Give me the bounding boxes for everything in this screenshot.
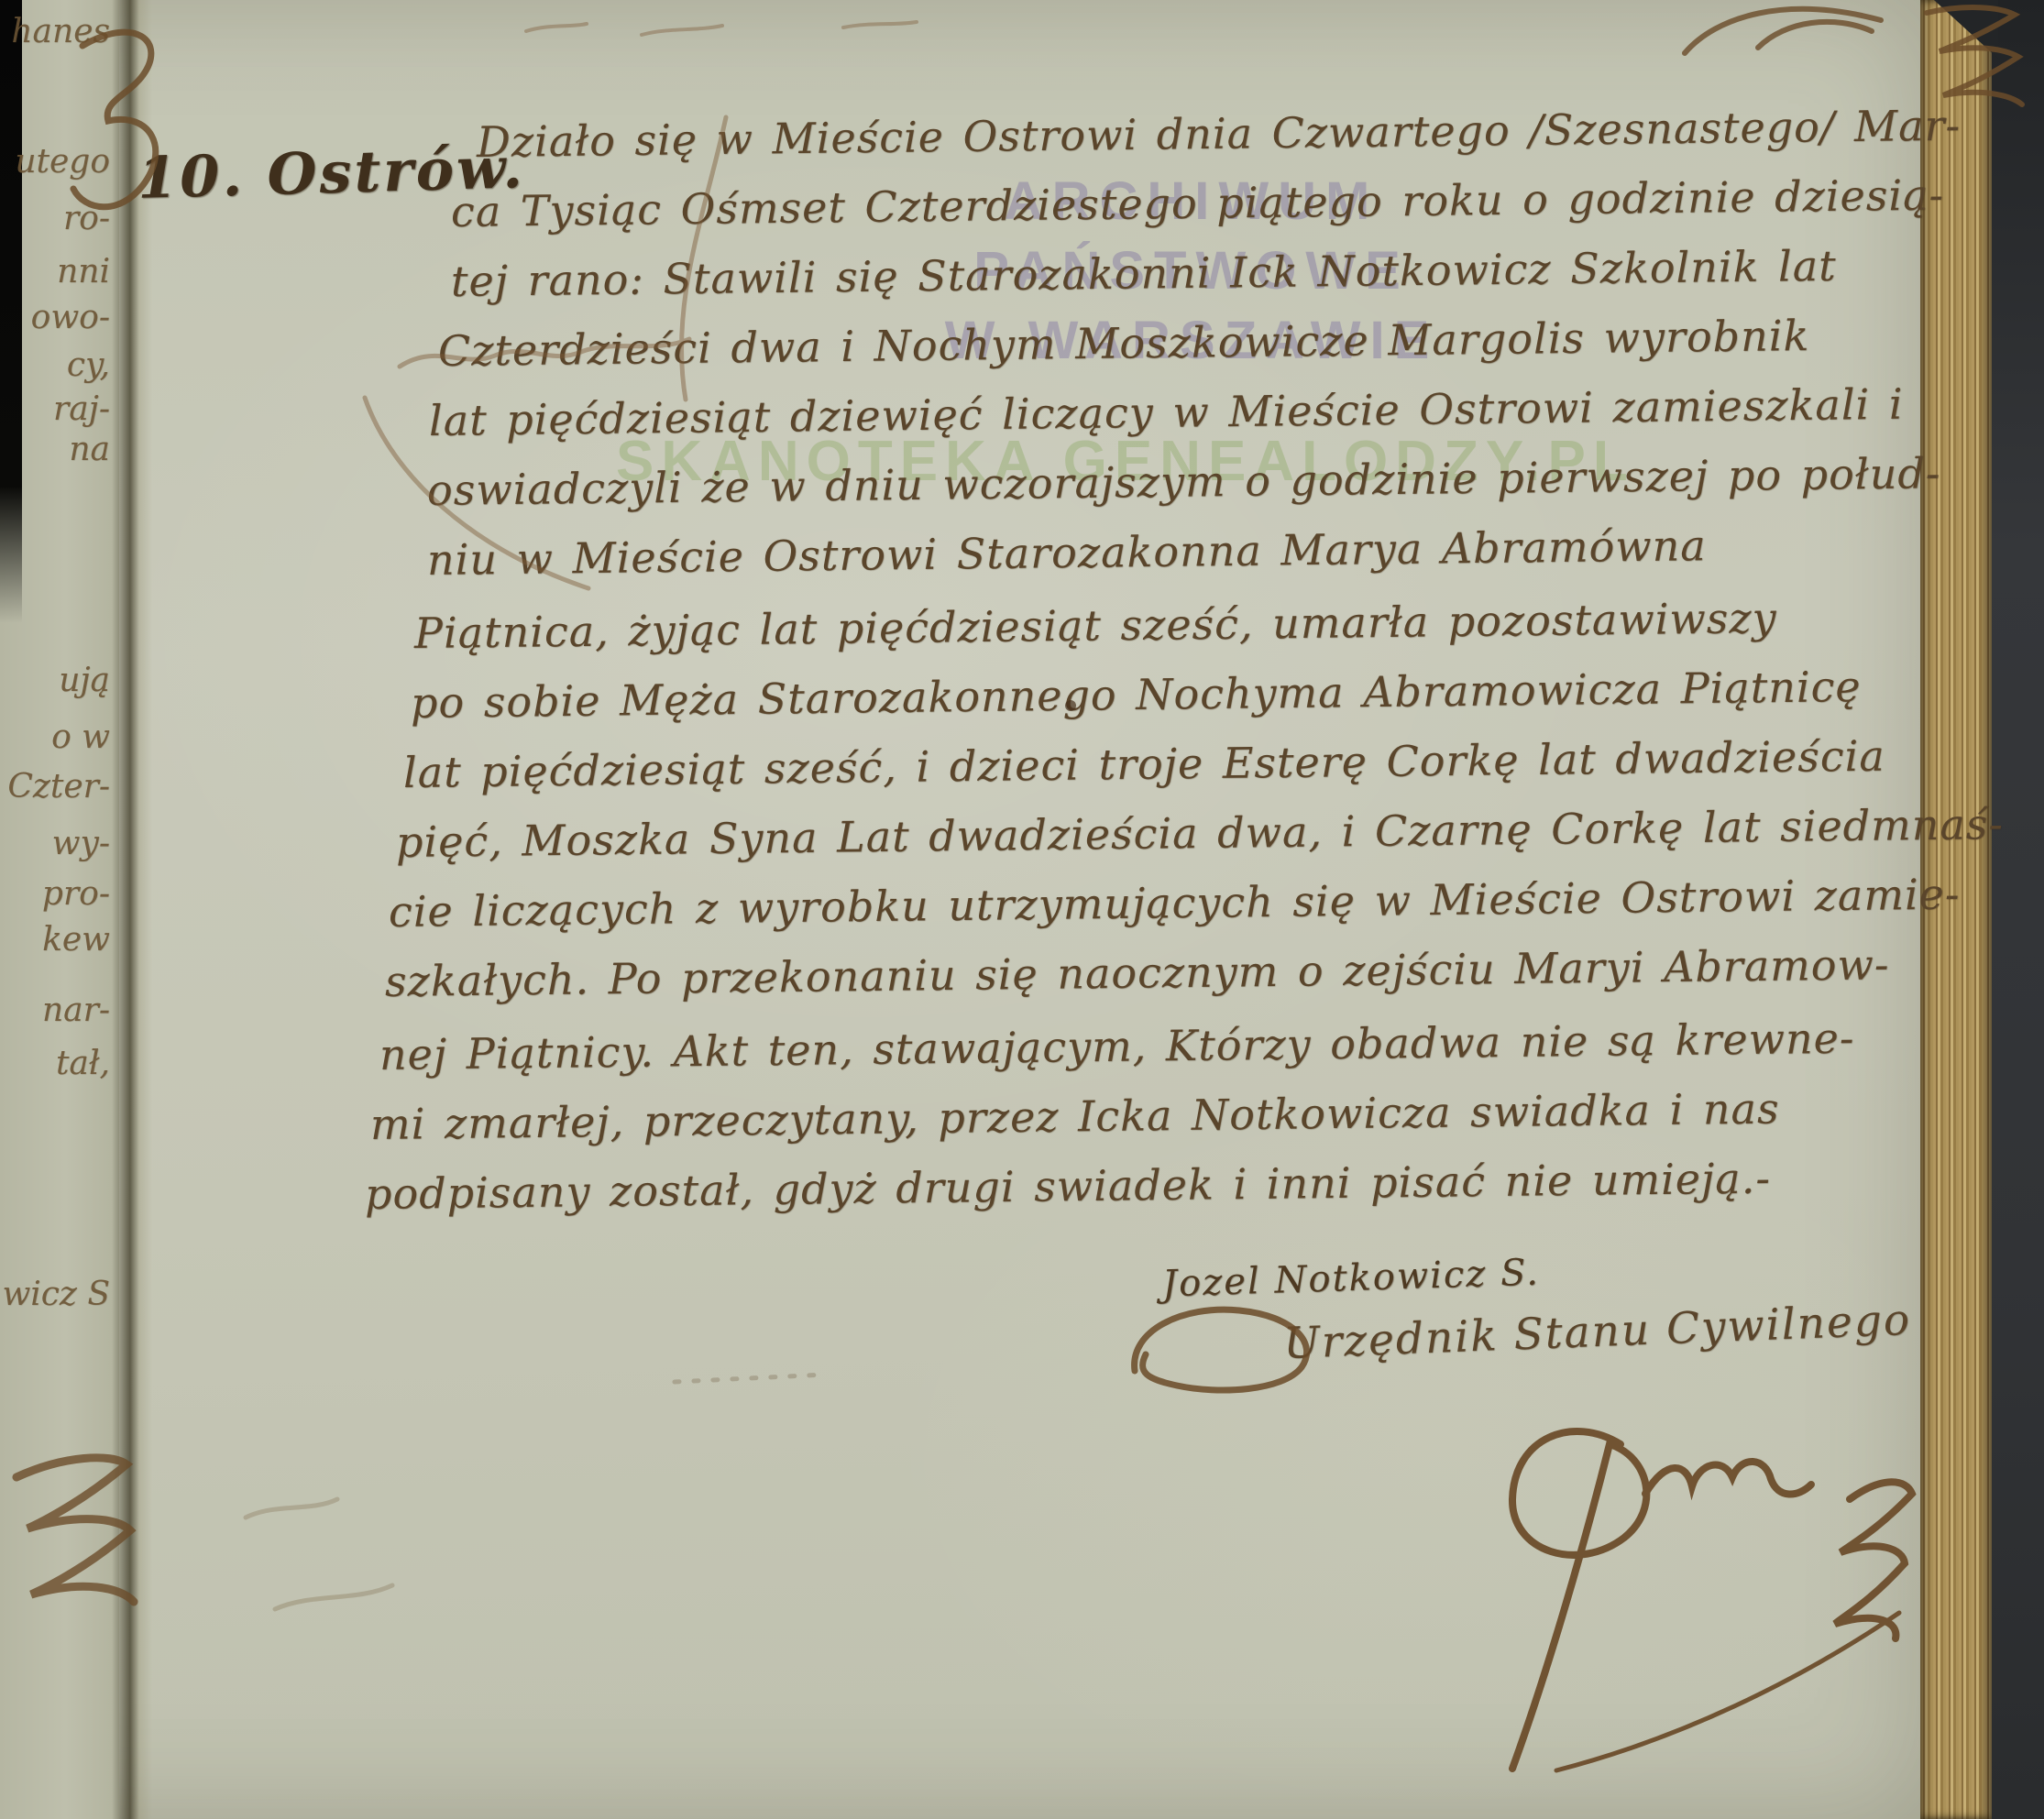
left-page-fragment: raj- [0,390,110,428]
left-page-fragment: na [0,431,110,468]
left-page-fragment: ro- [0,200,110,237]
left-page-fragment: pro- [0,875,110,913]
left-page-fragment: nar- [0,992,110,1029]
left-page-fragment: cy, [0,346,110,384]
left-page-fragment: hanes [0,13,110,50]
left-page-fragment: wicz S [0,1276,110,1313]
page-fold-crease [112,0,152,1819]
left-page-fragment: wy- [0,825,110,862]
register-scan: ARCHIWUM PAŃSTWOWE W WARSZAWIE SKANOTEKA… [0,0,2044,1819]
left-page-fragment: ują [0,662,110,699]
left-page-fragment: o w [0,718,110,756]
left-page-fragment: utego [0,143,110,181]
left-page-fragment: Czter- [0,768,110,805]
left-page-fragment: nni [0,253,110,290]
left-page-fragment: tał, [0,1045,110,1082]
background-right [1992,0,2044,1819]
left-page-fragment: owo- [0,299,110,336]
left-page-fragment: kew [0,921,110,959]
worn-corner [1934,0,1998,59]
